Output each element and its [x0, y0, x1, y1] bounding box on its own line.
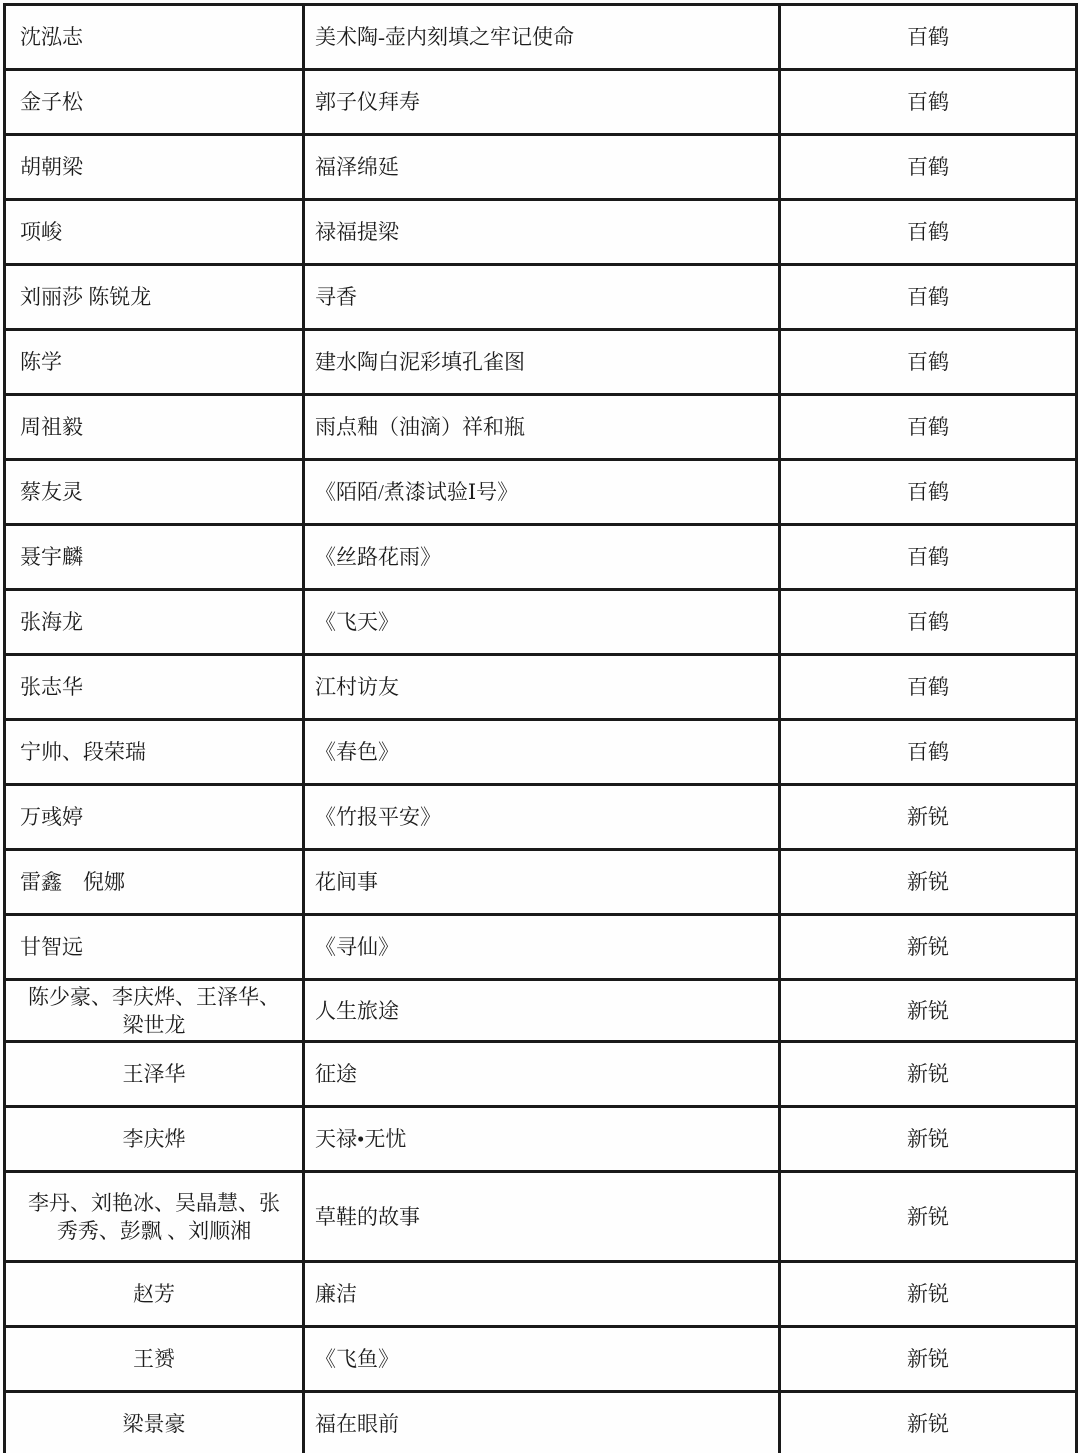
category-cell: 新锐: [780, 1262, 1077, 1327]
table-row: 沈泓志 美术陶-壶内刻填之牢记使命 百鹤: [5, 5, 1077, 70]
table-row: 周祖毅 雨点釉（油滴）祥和瓶 百鹤: [5, 395, 1077, 460]
category-cell: 百鹤: [780, 265, 1077, 330]
author-name-cell: 李庆烨: [5, 1107, 304, 1172]
author-name-cell: 聂宇麟: [5, 525, 304, 590]
category-cell: 新锐: [780, 980, 1077, 1042]
table-body: 沈泓志 美术陶-壶内刻填之牢记使命 百鹤 金子松 郭子仪拜寿 百鹤 胡朝梁 福泽…: [5, 5, 1077, 1453]
category-cell: 新锐: [780, 785, 1077, 850]
category-cell: 百鹤: [780, 590, 1077, 655]
category-cell: 新锐: [780, 1327, 1077, 1392]
table-row: 王赟 《飞鱼》 新锐: [5, 1327, 1077, 1392]
author-name-cell: 金子松: [5, 70, 304, 135]
category-cell: 百鹤: [780, 5, 1077, 70]
category-cell: 百鹤: [780, 70, 1077, 135]
work-title-cell: 福泽绵延: [304, 135, 780, 200]
work-title-cell: 人生旅途: [304, 980, 780, 1042]
author-name-cell: 王赟: [5, 1327, 304, 1392]
work-title-cell: 建水陶白泥彩填孔雀图: [304, 330, 780, 395]
work-title-cell: 郭子仪拜寿: [304, 70, 780, 135]
work-title-cell: 寻香: [304, 265, 780, 330]
work-title-cell: 《飞鱼》: [304, 1327, 780, 1392]
category-cell: 百鹤: [780, 330, 1077, 395]
work-title-cell: 《陌陌/煮漆试验Ⅰ号》: [304, 460, 780, 525]
category-cell: 百鹤: [780, 200, 1077, 265]
scanned-award-list-page: 沈泓志 美术陶-壶内刻填之牢记使命 百鹤 金子松 郭子仪拜寿 百鹤 胡朝梁 福泽…: [0, 0, 1080, 1453]
work-title-cell: 征途: [304, 1042, 780, 1107]
category-cell: 新锐: [780, 850, 1077, 915]
table-row: 胡朝梁 福泽绵延 百鹤: [5, 135, 1077, 200]
author-name-cell: 蔡友灵: [5, 460, 304, 525]
work-title-cell: 《竹报平安》: [304, 785, 780, 850]
table-row: 金子松 郭子仪拜寿 百鹤: [5, 70, 1077, 135]
table-row: 刘丽莎 陈锐龙 寻香 百鹤: [5, 265, 1077, 330]
work-title-cell: 《春色》: [304, 720, 780, 785]
author-name-cell: 陈学: [5, 330, 304, 395]
table-row: 赵芳 廉洁 新锐: [5, 1262, 1077, 1327]
author-name-cell: 赵芳: [5, 1262, 304, 1327]
category-cell: 新锐: [780, 1172, 1077, 1262]
author-name-cell: 张志华: [5, 655, 304, 720]
table-row: 聂宇麟 《丝路花雨》 百鹤: [5, 525, 1077, 590]
category-cell: 新锐: [780, 1042, 1077, 1107]
table-row: 蔡友灵 《陌陌/煮漆试验Ⅰ号》 百鹤: [5, 460, 1077, 525]
work-title-cell: 草鞋的故事: [304, 1172, 780, 1262]
author-name-cell: 万彧婷: [5, 785, 304, 850]
author-name-cell: 刘丽莎 陈锐龙: [5, 265, 304, 330]
table-row: 梁景豪 福在眼前 新锐: [5, 1392, 1077, 1453]
work-title-cell: 廉洁: [304, 1262, 780, 1327]
author-name-cell: 张海龙: [5, 590, 304, 655]
author-name-cell: 周祖毅: [5, 395, 304, 460]
category-cell: 新锐: [780, 1392, 1077, 1453]
category-cell: 新锐: [780, 1107, 1077, 1172]
work-title-cell: 花间事: [304, 850, 780, 915]
work-title-cell: 《飞天》: [304, 590, 780, 655]
table-row: 陈少豪、李庆烨、王泽华、梁世龙 人生旅途 新锐: [5, 980, 1077, 1042]
author-name-cell: 王泽华: [5, 1042, 304, 1107]
category-cell: 新锐: [780, 915, 1077, 980]
work-title-cell: 禄福提梁: [304, 200, 780, 265]
table-row: 陈学 建水陶白泥彩填孔雀图 百鹤: [5, 330, 1077, 395]
category-cell: 百鹤: [780, 460, 1077, 525]
work-title-cell: 雨点釉（油滴）祥和瓶: [304, 395, 780, 460]
author-name-cell: 胡朝梁: [5, 135, 304, 200]
category-cell: 百鹤: [780, 655, 1077, 720]
work-title-cell: 《寻仙》: [304, 915, 780, 980]
work-title-cell: 江村访友: [304, 655, 780, 720]
author-name-cell: 项峻: [5, 200, 304, 265]
work-title-cell: 天禄•无忧: [304, 1107, 780, 1172]
author-name-cell: 梁景豪: [5, 1392, 304, 1453]
author-name-cell: 沈泓志: [5, 5, 304, 70]
category-cell: 百鹤: [780, 395, 1077, 460]
table-row: 李庆烨 天禄•无忧 新锐: [5, 1107, 1077, 1172]
author-name-cell: 宁帅、段荣瑞: [5, 720, 304, 785]
table-row: 宁帅、段荣瑞 《春色》 百鹤: [5, 720, 1077, 785]
category-cell: 百鹤: [780, 525, 1077, 590]
table-row: 张海龙 《飞天》 百鹤: [5, 590, 1077, 655]
table-row: 王泽华 征途 新锐: [5, 1042, 1077, 1107]
table-row: 项峻 禄福提梁 百鹤: [5, 200, 1077, 265]
author-name-cell: 李丹、刘艳冰、吴晶慧、张秀秀、彭飘 、刘顺湘: [5, 1172, 304, 1262]
table-row: 李丹、刘艳冰、吴晶慧、张秀秀、彭飘 、刘顺湘 草鞋的故事 新锐: [5, 1172, 1077, 1262]
table-row: 张志华 江村访友 百鹤: [5, 655, 1077, 720]
author-name-cell: 甘智远: [5, 915, 304, 980]
author-name-cell: 陈少豪、李庆烨、王泽华、梁世龙: [5, 980, 304, 1042]
work-title-cell: 福在眼前: [304, 1392, 780, 1453]
table-row: 雷鑫 倪娜 花间事 新锐: [5, 850, 1077, 915]
work-title-cell: 《丝路花雨》: [304, 525, 780, 590]
work-title-cell: 美术陶-壶内刻填之牢记使命: [304, 5, 780, 70]
author-name-cell: 雷鑫 倪娜: [5, 850, 304, 915]
category-cell: 百鹤: [780, 135, 1077, 200]
table-row: 万彧婷 《竹报平安》 新锐: [5, 785, 1077, 850]
table-row: 甘智远 《寻仙》 新锐: [5, 915, 1077, 980]
category-cell: 百鹤: [780, 720, 1077, 785]
award-winners-table: 沈泓志 美术陶-壶内刻填之牢记使命 百鹤 金子松 郭子仪拜寿 百鹤 胡朝梁 福泽…: [3, 3, 1078, 1453]
